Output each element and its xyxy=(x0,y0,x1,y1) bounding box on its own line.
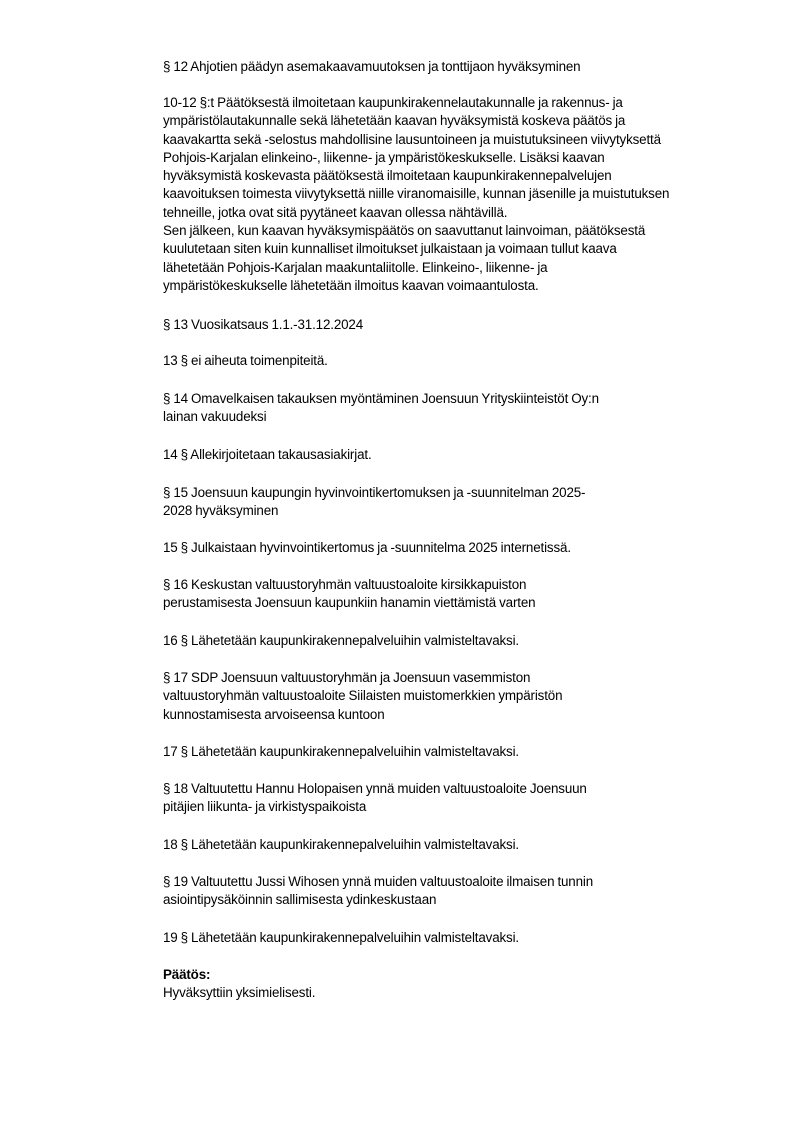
text-line: § 17 SDP Joensuun valtuustoryhmän ja Joe… xyxy=(163,669,763,687)
document-page: § 12 Ahjotien päädyn asemakaavamuutoksen… xyxy=(0,0,794,1122)
text-line: kuulutetaan siten kuin kunnalliset ilmoi… xyxy=(163,240,763,258)
section-14-decision: 14 § Allekirjoitetaan takausasiakirjat. xyxy=(163,446,763,464)
section-19-title: § 19 Valtuutettu Jussi Wihosen ynnä muid… xyxy=(163,873,763,910)
text-line: 17 § Lähetetään kaupunkirakennepalveluih… xyxy=(163,743,763,761)
section-15-decision: 15 § Julkaistaan hyvinvointikertomus ja … xyxy=(163,539,763,557)
text-line: § 13 Vuosikatsaus 1.1.-31.12.2024 xyxy=(163,316,763,334)
text-line: § 18 Valtuutettu Hannu Holopaisen ynnä m… xyxy=(163,780,763,798)
text-line: Sen jälkeen, kun kaavan hyväksymispäätös… xyxy=(163,222,763,240)
text-line: § 16 Keskustan valtuustoryhmän valtuusto… xyxy=(163,576,763,594)
section-18-decision: 18 § Lähetetään kaupunkirakennepalveluih… xyxy=(163,836,763,854)
text-line: hyväksymistä koskevasta päätöksestä ilmo… xyxy=(163,167,763,185)
text-line: lähetetään Pohjois-Karjalan maakuntaliit… xyxy=(163,259,763,277)
text-line: pitäjien liikunta- ja virkistyspaikoista xyxy=(163,798,763,816)
text-line: 14 § Allekirjoitetaan takausasiakirjat. xyxy=(163,446,763,464)
section-13-decision: 13 § ei aiheuta toimenpiteitä. xyxy=(163,352,763,370)
text-line: 2028 hyväksyminen xyxy=(163,502,763,520)
section-15-title: § 15 Joensuun kaupungin hyvinvointikerto… xyxy=(163,484,763,521)
section-19-decision: 19 § Lähetetään kaupunkirakennepalveluih… xyxy=(163,929,763,947)
text-line: § 14 Omavelkaisen takauksen myöntäminen … xyxy=(163,390,763,408)
decision-label: Päätös: xyxy=(163,966,763,984)
text-line: lainan vakuudeksi xyxy=(163,408,763,426)
decision-block: Päätös: Hyväksyttiin yksimielisesti. xyxy=(163,966,763,1003)
text-line: 18 § Lähetetään kaupunkirakennepalveluih… xyxy=(163,836,763,854)
text-line: kunnostamisesta arvoiseensa kuntoon xyxy=(163,706,763,724)
text-line: § 15 Joensuun kaupungin hyvinvointikerto… xyxy=(163,484,763,502)
section-16-decision: 16 § Lähetetään kaupunkirakennepalveluih… xyxy=(163,632,763,650)
text-line: valtuustoryhmän valtuustoaloite Siilaist… xyxy=(163,687,763,705)
section-14-title: § 14 Omavelkaisen takauksen myöntäminen … xyxy=(163,390,763,427)
decision-text: Hyväksyttiin yksimielisesti. xyxy=(163,984,763,1002)
text-line: 15 § Julkaistaan hyvinvointikertomus ja … xyxy=(163,539,763,557)
section-12-title: § 12 Ahjotien päädyn asemakaavamuutoksen… xyxy=(163,58,763,76)
text-line: § 12 Ahjotien päädyn asemakaavamuutoksen… xyxy=(163,58,763,76)
text-line: 13 § ei aiheuta toimenpiteitä. xyxy=(163,352,763,370)
section-16-title: § 16 Keskustan valtuustoryhmän valtuusto… xyxy=(163,576,763,613)
text-line: asiointipysäköinnin sallimisesta ydinkes… xyxy=(163,891,763,909)
section-17-title: § 17 SDP Joensuun valtuustoryhmän ja Joe… xyxy=(163,669,763,724)
section-18-title: § 18 Valtuutettu Hannu Holopaisen ynnä m… xyxy=(163,780,763,817)
section-13-title: § 13 Vuosikatsaus 1.1.-31.12.2024 xyxy=(163,316,763,334)
text-line: perustamisesta Joensuun kaupunkiin hanam… xyxy=(163,594,763,612)
text-line: 16 § Lähetetään kaupunkirakennepalveluih… xyxy=(163,632,763,650)
section-17-decision: 17 § Lähetetään kaupunkirakennepalveluih… xyxy=(163,743,763,761)
text-line: 10-12 §:t Päätöksestä ilmoitetaan kaupun… xyxy=(163,94,763,112)
text-line: 19 § Lähetetään kaupunkirakennepalveluih… xyxy=(163,929,763,947)
section-10-12-body: 10-12 §:t Päätöksestä ilmoitetaan kaupun… xyxy=(163,94,763,295)
text-line: § 19 Valtuutettu Jussi Wihosen ynnä muid… xyxy=(163,873,763,891)
text-line: kaavoituksen toimesta viivytyksettä niil… xyxy=(163,185,763,203)
text-line: kaavakartta sekä -selostus mahdollisine … xyxy=(163,131,763,149)
text-line: Pohjois-Karjalan elinkeino-, liikenne- j… xyxy=(163,149,763,167)
text-line: ympäristökeskukselle lähetetään ilmoitus… xyxy=(163,277,763,295)
text-line: tehneille, jotka ovat sitä pyytäneet kaa… xyxy=(163,204,763,222)
text-line: ympäristölautakunnalle sekä lähetetään k… xyxy=(163,112,763,130)
